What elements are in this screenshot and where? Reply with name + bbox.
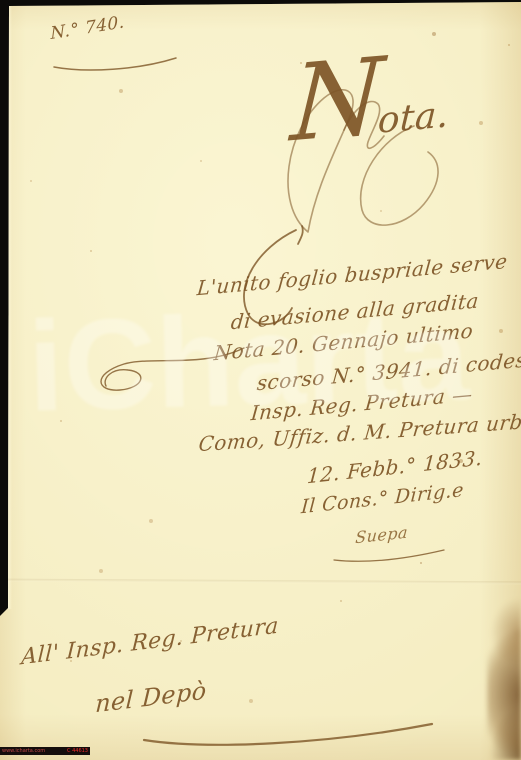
paper-stain — [487, 575, 521, 760]
address-line: nel Depò — [95, 676, 208, 718]
watermark-site-url: www.icharta.com — [2, 749, 45, 754]
signature-underline-flourish — [330, 548, 450, 566]
paper-left-edge-highlight — [8, 5, 12, 609]
reference-underline-flourish — [50, 54, 180, 74]
paper-crease-line — [0, 579, 521, 585]
reference-number: N.° 740. — [50, 12, 125, 44]
watermark-credit-strip: www.icharta.com C 44613 — [0, 747, 90, 755]
paper-sheet: N.° 740. Nota. L'unito foglio buspriale … — [0, 0, 521, 760]
address-underline-flourish — [138, 714, 438, 750]
signature: Suepa — [355, 522, 409, 547]
document-photo: N.° 740. Nota. L'unito foglio buspriale … — [0, 0, 521, 760]
watermark-catalog-code: C 44613 — [67, 749, 88, 754]
address-line: All' Insp. Reg. Pretura — [21, 613, 280, 670]
paper-foxing-spots — [0, 0, 2, 2]
